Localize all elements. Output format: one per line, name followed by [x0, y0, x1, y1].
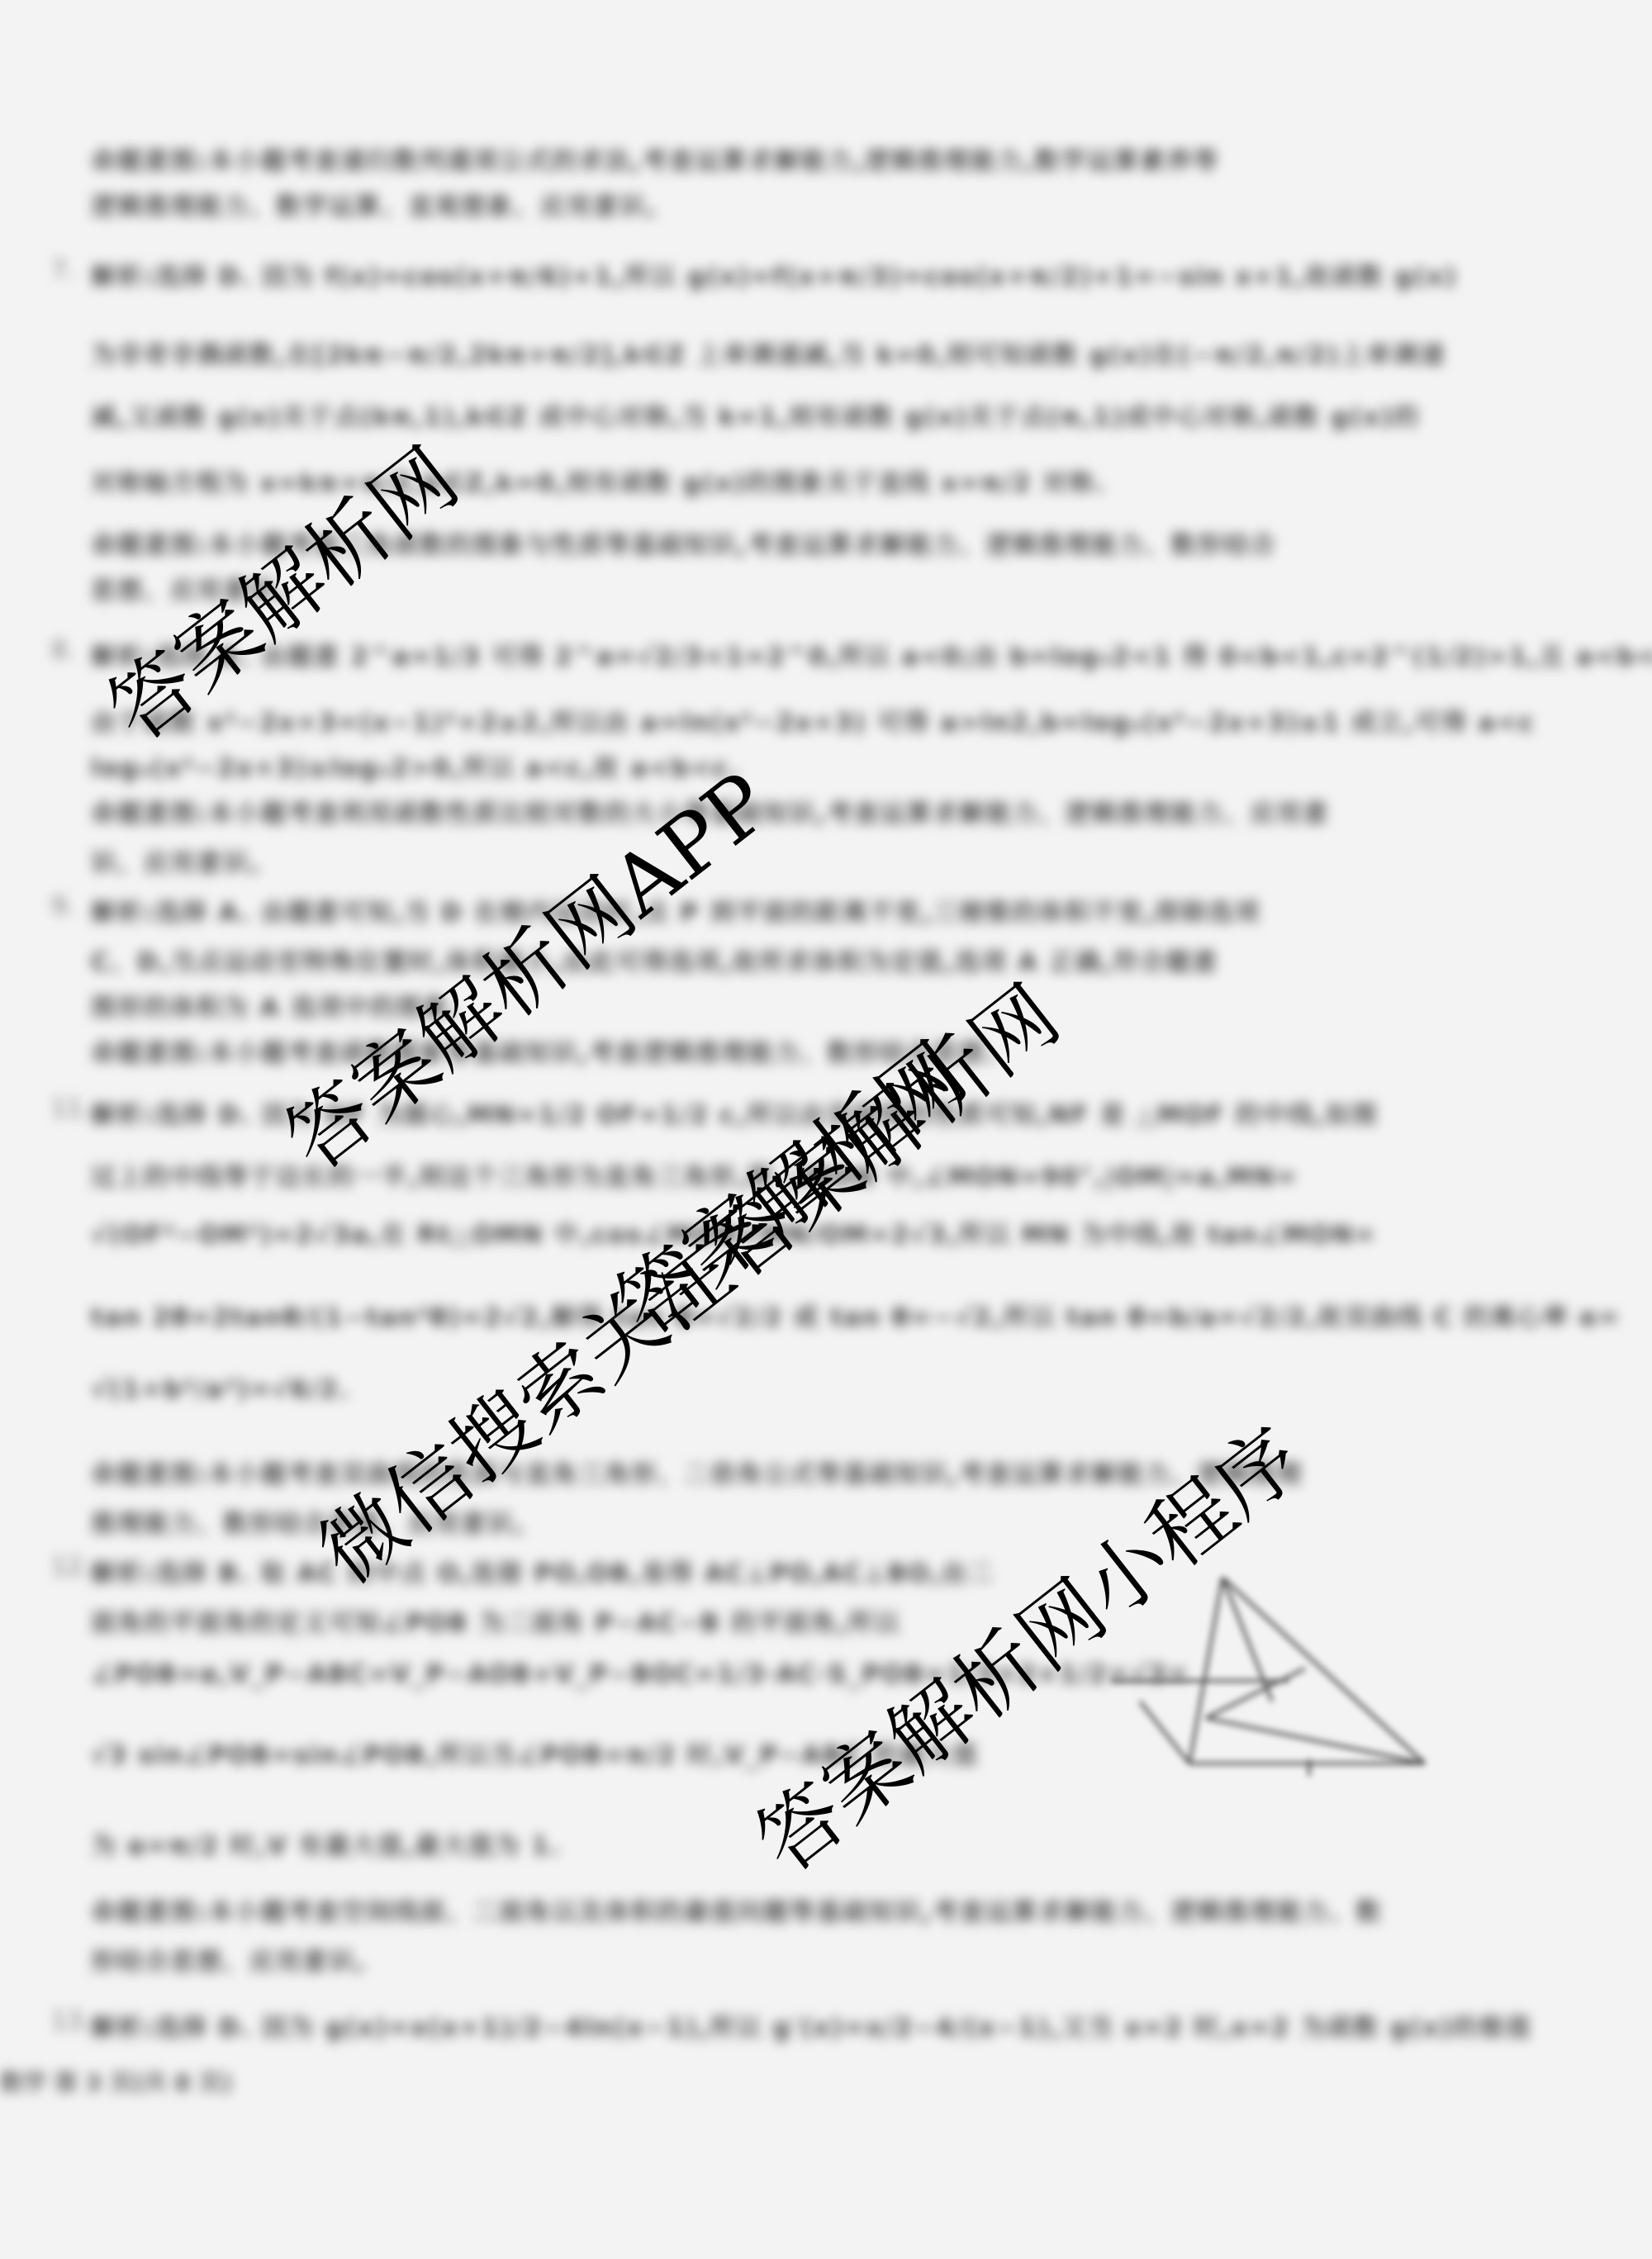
solution-text-line: 由于函数 x²−2x+3=(x−1)²+2≥2,所以由 a=ln(x²−2x+3…	[91, 702, 1536, 738]
solution-text-line: 解析:选择 B. 取 AC 的中点 O,连接 PO,OB,易得 AC⊥PO,AC…	[91, 1553, 994, 1589]
solution-text-line: 命题意图:本小题考查递归数列通项公式的求法,考查运算求解能力,逻辑推理能力,数学…	[91, 140, 1219, 177]
solution-text-line: log₃(x²−2x+3)≥log₃2>0,所以 a<c,故 a<b<c.	[91, 747, 740, 784]
solution-text-line: 为非奇非偶函数,在[2kπ−π/2,2kπ+π/2],k∈Z 上单调递减,当 k…	[91, 335, 1445, 371]
solution-text-line: 为 α=π/2 时,V 有最大值,最大值为 1.	[91, 1825, 561, 1862]
solution-text-line: 面角的平面角的定义可知∠POB 为二面角 P−AC−B 的平面角,所以	[91, 1602, 900, 1639]
solution-page: 命题意图:本小题考查递归数列通项公式的求法,考查运算求解能力,逻辑推理能力,数学…	[0, 0, 1652, 2259]
solution-text-line: 解析:选择 D. 因为 g(x)=x(x+1)/2−4ln(x−1),所以 g′…	[91, 2007, 1532, 2043]
solution-text-line: tan 2θ=2tanθ/(1−tan²θ)=2√2,解得 tan θ=√2/2…	[91, 1297, 1621, 1333]
question-number: 13.	[51, 2007, 91, 2036]
solution-text-line: √(1+b²/a²)=√6/2.	[91, 1375, 350, 1404]
solution-text-line: 对称轴方程为 x=kπ+π/2,k∈Z,k=0,则有函数 g(x)的图象关于直线…	[91, 463, 1106, 499]
question-number: 7.	[51, 256, 75, 285]
solution-text-line: C、D,当点运动至特殊位置时,体积最小,由此可得选项,故所求体积为定值,选项 A…	[91, 942, 1218, 978]
solution-text-line: 命题意图:本小题考查双曲线的性质与直角三角形、二倍角公式等基础知识,考查运算求解…	[91, 1454, 1303, 1490]
solution-text-line: 逻辑推理能力、数学运算、直观想象、应用意识。	[91, 186, 672, 222]
solution-text-line: 解析:选择 D. 因为 f(x)=cos(x+π/6)+1,所以 g(x)=f(…	[91, 256, 1458, 292]
solution-text-line: 解析:选择 A. 由题意 2^a=1/3 可得 2^a=√2/3<1=2^0,所…	[91, 636, 1652, 672]
question-number: 11.	[51, 1094, 91, 1123]
solution-text-line: 识、应用意识。	[91, 842, 276, 879]
solution-text-line: 减,又函数 g(x)关于点(kπ,1),k∈Z 成中心对称,当 k=1,则有函数…	[91, 396, 1420, 433]
question-number: 12.	[51, 1553, 91, 1582]
question-number: 9.	[51, 892, 75, 921]
solution-text-line: 形结合思想、应用意识。	[91, 1941, 382, 1977]
page-footer: 数学 第 3 页(共 8 页)	[0, 2065, 232, 2098]
solution-text-line: 命题意图:本小题考查空间线面、二面角以及体积的最值问题等基础知识,考查运算求解能…	[91, 1891, 1382, 1928]
question-number: 8.	[51, 636, 75, 665]
